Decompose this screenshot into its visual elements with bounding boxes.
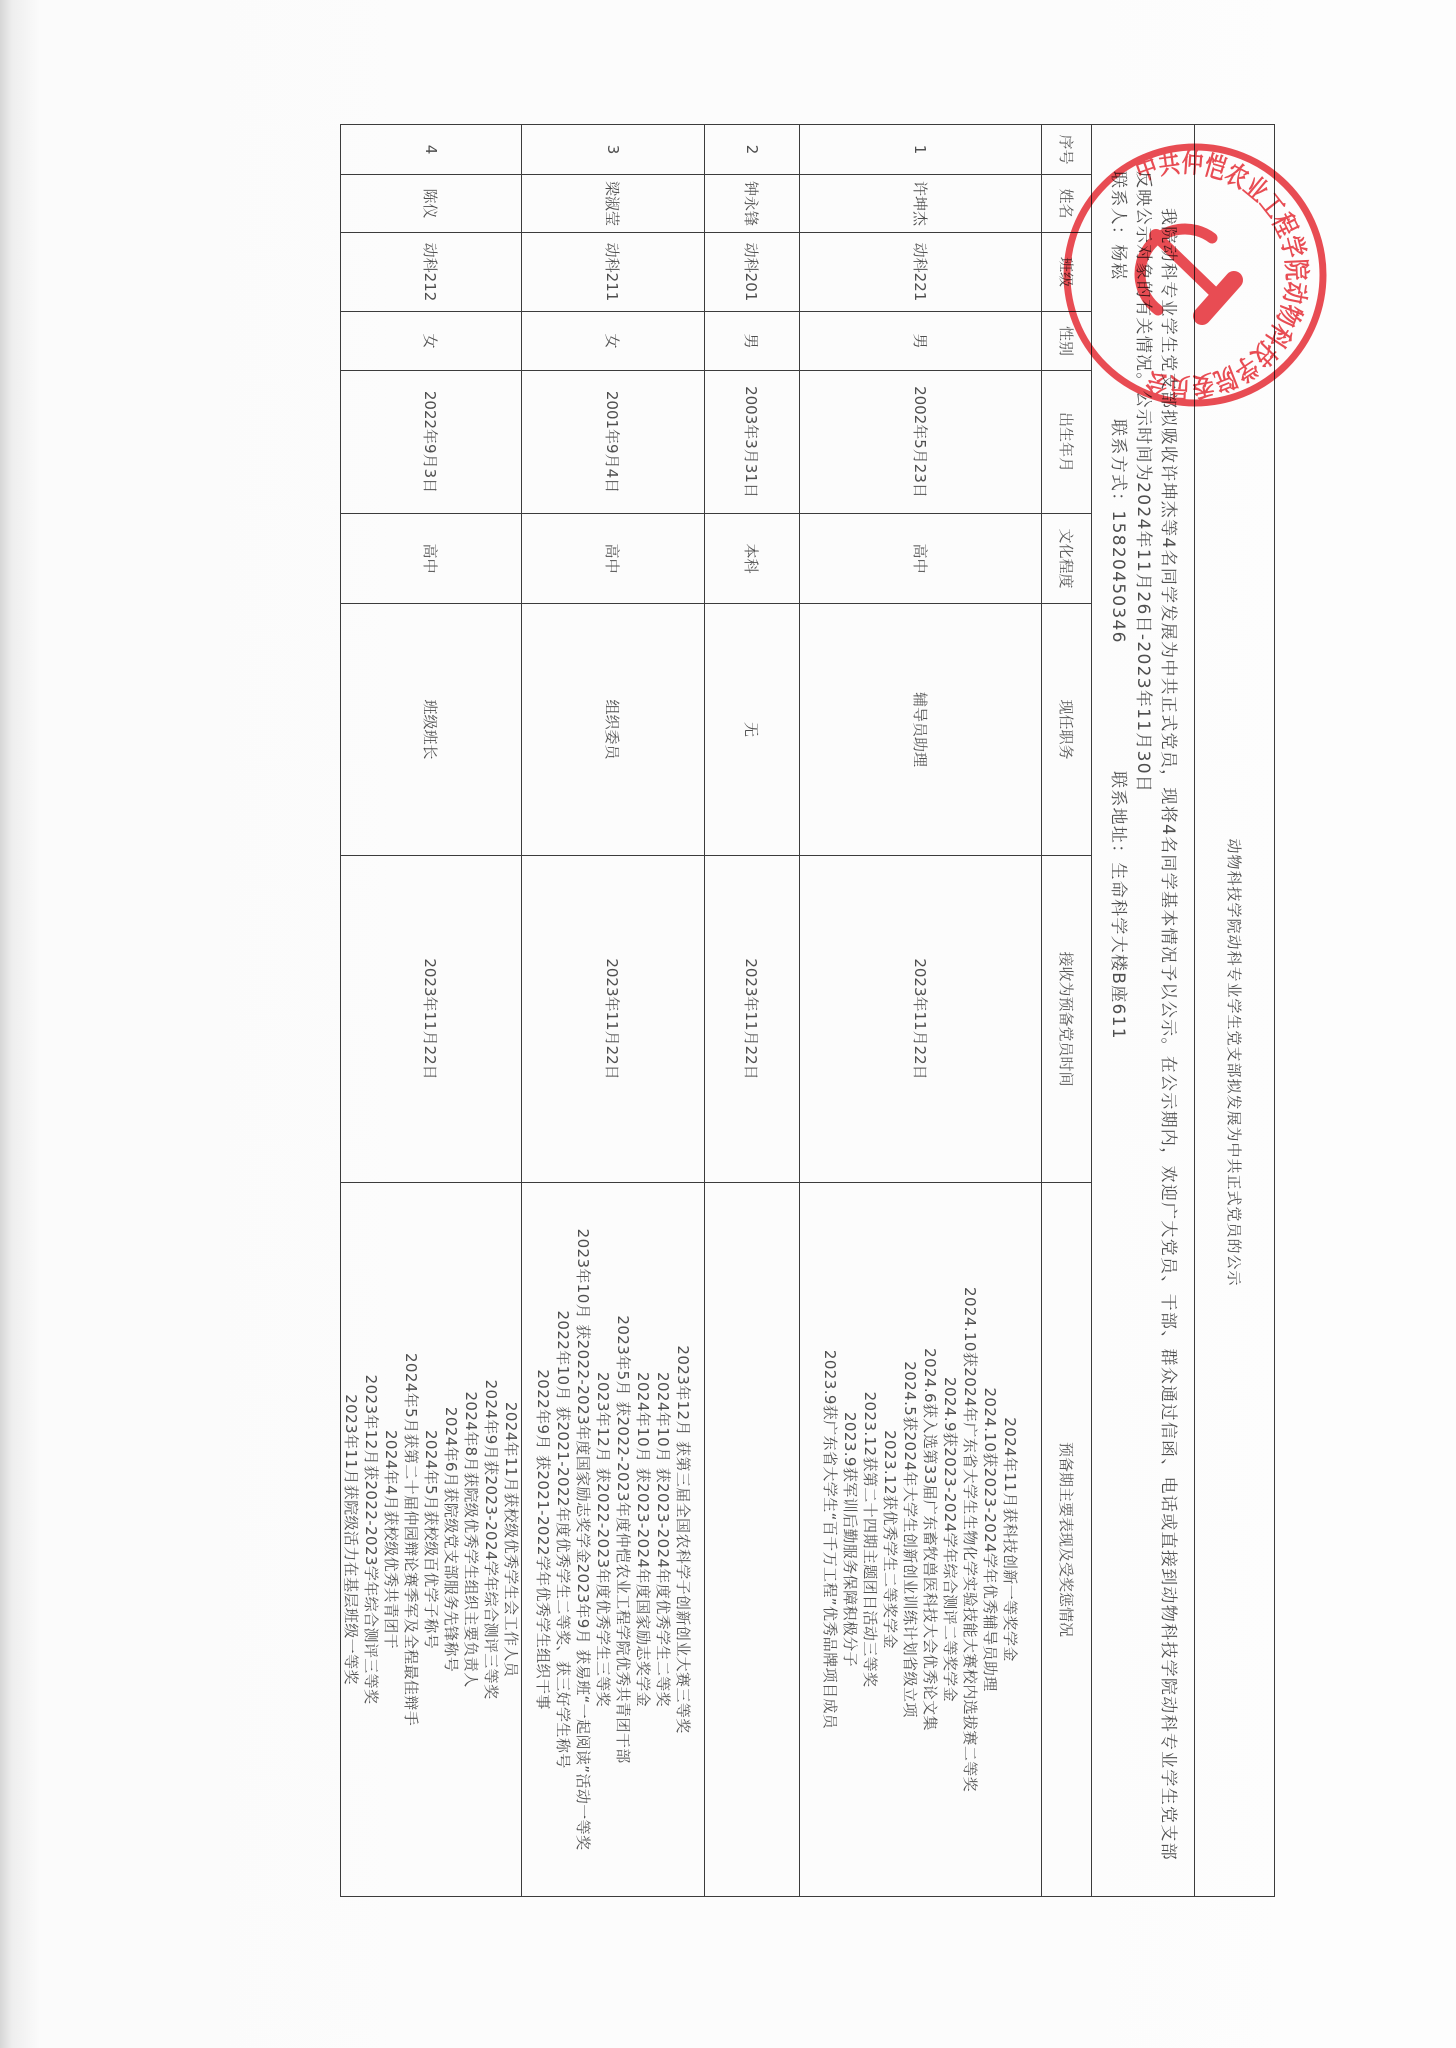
- notice-description: 我院动科专业学生党支部拟吸收许坤杰等4名同学发展为中共正式党员，现将4名同学基本…: [1092, 125, 1195, 1897]
- header-position: 现任职务: [1042, 604, 1092, 856]
- table-header-row: 序号 姓名 班级 性别 出生年月 文化程度 现任职务 接收为预备党员时间 预备期…: [1042, 125, 1092, 1897]
- award-line: 2024年8月获院级优秀学生组织主要负责人: [461, 1183, 481, 1896]
- award-line: 2023年12月获2022-2023学年综合测评三等奖: [361, 1183, 381, 1896]
- cell-class: 动科221: [800, 233, 1042, 312]
- table-row: 1 许坤杰 动科221 男 2002年5月23日 高中 辅导员助理 2023年1…: [800, 125, 1042, 1897]
- cell-name: 陈仪: [341, 175, 522, 233]
- notice-table: 动物科技学院动科专业学生党支部拟发展为中共正式党员的公示 我院动科专业学生党支部…: [340, 124, 1275, 1897]
- header-gender: 性别: [1042, 312, 1092, 371]
- cell-birth: 2022年9月3日: [341, 371, 522, 514]
- cell-education: 高中: [522, 514, 705, 604]
- award-line: 2024年11月获科技创新一等奖学金: [1001, 1183, 1021, 1896]
- cell-index: 2: [705, 125, 800, 175]
- award-line: 2024年10月 获2023-2024年度优秀学生二等奖: [653, 1183, 673, 1896]
- cell-gender: 女: [341, 312, 522, 371]
- award-line: 2024年4月获校级优秀共青团干: [381, 1183, 401, 1896]
- cell-birth: 2002年5月23日: [800, 371, 1042, 514]
- cell-awards: 2023年12月 获第三届全国农科学子创新创业大赛三等奖2024年10月 获20…: [522, 1183, 705, 1897]
- cell-birth: 2001年9月4日: [522, 371, 705, 514]
- award-line: 2024年6月获院级党支部服务先锋称号: [441, 1183, 461, 1896]
- header-name: 姓名: [1042, 175, 1092, 233]
- contact-phone: 联系方式：15820450346: [1106, 419, 1131, 771]
- award-line: 2024年10月 获2023-2024年度国家励志奖学金: [633, 1183, 653, 1896]
- award-line: 2024年11月获校级优秀学生会工作人员: [501, 1183, 521, 1896]
- header-education: 文化程度: [1042, 514, 1092, 604]
- award-line: 2023.9获广东省大学生“百千万工程”优秀品牌项目成员: [821, 1183, 841, 1896]
- cell-probationary-date: 2023年11月22日: [705, 856, 800, 1183]
- table-row: 3 梁淑莹 动科211 女 2001年9月4日 高中 组织委员 2023年11月…: [522, 125, 705, 1897]
- award-line: 2023年10月 获2022-2023年度国家励志奖学金2023年9月 获易班“…: [573, 1183, 593, 1896]
- award-line: 2023年11月获院级活力在基层班级一等奖: [341, 1183, 361, 1896]
- scanned-notice-page: 动物科技学院动科专业学生党支部拟发展为中共正式党员的公示 我院动科专业学生党支部…: [0, 0, 1456, 2048]
- award-line: 2024.5获2024年大学生创新创业训练计划省级立项: [901, 1183, 921, 1896]
- award-line: 2023.12获优秀学生二等奖学金: [881, 1183, 901, 1896]
- cell-position: 组织委员: [522, 604, 705, 856]
- cell-class: 动科201: [705, 233, 800, 312]
- table-row: 4 陈仪 动科212 女 2022年9月3日 高中 班级班长 2023年11月2…: [341, 125, 522, 1897]
- award-line: 2024.6获入选第33届广东畜牧兽医科技大会优秀论文集: [921, 1183, 941, 1896]
- cell-position: 无: [705, 604, 800, 856]
- cell-gender: 女: [522, 312, 705, 371]
- award-line: 2024年9月获2023-2024学年综合测评三等奖: [481, 1183, 501, 1896]
- cell-education: 本科: [705, 514, 800, 604]
- header-birth: 出生年月: [1042, 371, 1092, 514]
- intro-line: 我院动科专业学生党支部拟吸收许坤杰等4名同学发展为中共正式党员，现将4名同学基本…: [1156, 171, 1181, 1896]
- header-class: 班级: [1042, 233, 1092, 312]
- cell-gender: 男: [705, 312, 800, 371]
- intro-line: 反映公示对象的有关情况。公示时间为2024年11月26日-2023年11月30日: [1131, 171, 1156, 1896]
- cell-birth: 2003年3月31日: [705, 371, 800, 514]
- contact-person: 联系人：杨崧: [1106, 171, 1131, 419]
- contact-info: 联系人：杨崧联系方式：15820450346联系地址：生命科学大楼B座611: [1106, 171, 1131, 1896]
- award-line: 2024年5月获第二十届仲园辩论赛季军及全程最佳辩手: [401, 1183, 421, 1896]
- cell-education: 高中: [800, 514, 1042, 604]
- table-row: 2 钟永锋 动科201 男 2003年3月31日 本科 无 2023年11月22…: [705, 125, 800, 1897]
- cell-name: 钟永锋: [705, 175, 800, 233]
- award-line: 2024.10获2023-2024学年优秀辅导员助理: [981, 1183, 1001, 1896]
- award-line: 2024.9获2023-2024学年综合测评二等奖学金: [941, 1183, 961, 1896]
- cell-probationary-date: 2023年11月22日: [341, 856, 522, 1183]
- award-line: 2023年12月 获2022-2023年度优秀学生三等奖: [593, 1183, 613, 1896]
- header-probationary-date: 接收为预备党员时间: [1042, 856, 1092, 1183]
- cell-index: 4: [341, 125, 522, 175]
- cell-position: 班级班长: [341, 604, 522, 856]
- cell-awards: [705, 1183, 800, 1897]
- award-line: 2024.10获2024年广东省大学生生物化学实验技能大赛校内选拔赛二等奖: [961, 1183, 981, 1896]
- award-line: 2022年10月 获2021-2022年度优秀学生二等奖、获三好学生称号: [553, 1183, 573, 1896]
- cell-probationary-date: 2023年11月22日: [522, 856, 705, 1183]
- award-line: 2023.9获军训后勤服务保障积极分子: [841, 1183, 861, 1896]
- cell-awards: 2024年11月获科技创新一等奖学金2024.10获2023-2024学年优秀辅…: [800, 1183, 1042, 1897]
- cell-position: 辅导员助理: [800, 604, 1042, 856]
- page-title: 动物科技学院动科专业学生党支部拟发展为中共正式党员的公示: [1195, 125, 1275, 1897]
- cell-class: 动科212: [341, 233, 522, 312]
- cell-education: 高中: [341, 514, 522, 604]
- cell-probationary-date: 2023年11月22日: [800, 856, 1042, 1183]
- cell-name: 梁淑莹: [522, 175, 705, 233]
- award-line: 2022年9月 获2021-2022学年优秀学生组织干事: [533, 1183, 553, 1896]
- award-line: 2023.12获第二十四期主题团日活动三等奖: [861, 1183, 881, 1896]
- award-line: 2023年5月 获2022-2023年度仲恺农业工程学院优秀共青团干部: [613, 1183, 633, 1896]
- header-awards: 预备期主要表现及受奖惩情况: [1042, 1183, 1092, 1897]
- contact-address: 联系地址：生命科学大楼B座611: [1106, 771, 1131, 1040]
- award-line: 2024年5月获校级百优学子称号: [421, 1183, 441, 1896]
- cell-index: 1: [800, 125, 1042, 175]
- header-index: 序号: [1042, 125, 1092, 175]
- cell-class: 动科211: [522, 233, 705, 312]
- cell-gender: 男: [800, 312, 1042, 371]
- award-line: 2023年12月 获第三届全国农科学子创新创业大赛三等奖: [673, 1183, 693, 1896]
- cell-index: 3: [522, 125, 705, 175]
- cell-name: 许坤杰: [800, 175, 1042, 233]
- cell-awards: 2024年11月获校级优秀学生会工作人员2024年9月获2023-2024学年综…: [341, 1183, 522, 1897]
